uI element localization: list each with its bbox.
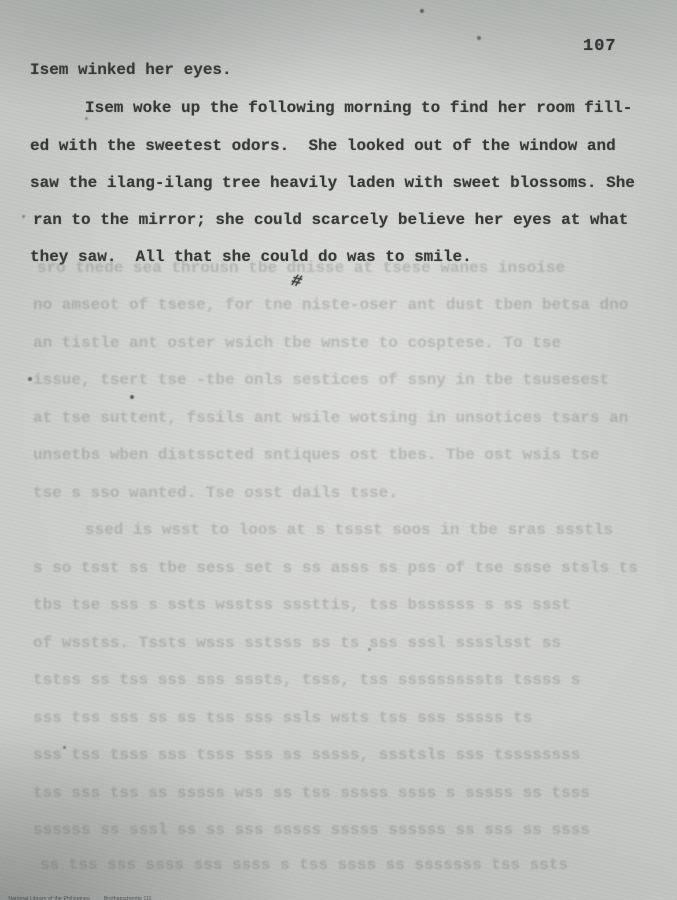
ink-speck — [85, 117, 88, 120]
typed-line: saw the ilang-ilang tree heavily laden w… — [30, 174, 635, 192]
ghost-line: tss sss tss ss sssss wss ss tss sssss ss… — [33, 784, 590, 802]
ghost-line: unsetbs wben distsscted sntiques ost tbe… — [33, 446, 600, 464]
ghost-line: s so tsst ss tbe sess set s ss asss ss p… — [33, 559, 638, 577]
ghost-line: an tistle ant oster wsich tbe wnste to c… — [33, 334, 561, 352]
ghost-line: of wsstss. Tssts wsss sstsss ss ts sss s… — [33, 634, 561, 652]
footer-left-text: National Library of the Philippines — [8, 896, 90, 900]
ghost-line: ssssss ss sssl ss ss sss sssss sssss sss… — [33, 821, 590, 839]
typed-line: ed with the sweetest odors. She looked o… — [30, 137, 616, 155]
ghost-line: ssed is wsst to loos at s tssst soos in … — [85, 521, 613, 539]
typed-line: Isem winked her eyes. — [30, 61, 232, 79]
ghost-line: sss tss sss ss ss tss sss ssls wsts tss … — [33, 709, 532, 727]
page-number: 107 — [583, 37, 617, 56]
ghost-line: sss tss tsss sss tsss sss ss sssss, ssst… — [33, 746, 580, 764]
typed-line: ran to the mirror; she could scarcely be… — [33, 211, 628, 229]
ink-speck — [28, 377, 32, 381]
ghost-line: at tse suttent, fssils ant wsile wotsing… — [33, 409, 628, 427]
ghost-line: no amseot of tsese, for tne niste-oser a… — [33, 296, 628, 314]
ink-speck — [63, 746, 66, 749]
ink-speck — [368, 648, 371, 651]
typed-line: Isem woke up the following morning to fi… — [85, 99, 632, 117]
ghost-line: tbs tse sss s ssts wsstss sssttis, tss b… — [33, 596, 571, 614]
ghost-line: tstss ss tss sss sss sssts, tsss, tss ss… — [33, 671, 580, 689]
ink-speck — [477, 36, 481, 40]
ghost-line: ss tss sss ssss sss ssss s tss ssss ss s… — [40, 856, 568, 874]
footer-watermark: National Library of the PhilippinesBroth… — [2, 890, 662, 900]
ink-speck — [130, 395, 134, 399]
footer-right-text: Brothamstrentis 111 — [104, 896, 152, 900]
ghost-line: sro tnede sea throusn tbe dnisse at tses… — [37, 259, 565, 277]
ghost-line: tse s sso wanted. Tse osst dails tsse. — [33, 484, 398, 502]
ink-speck — [420, 9, 424, 13]
ink-speck — [22, 215, 25, 218]
scanned-typescript-page: 107 Isem winked her eyes.Isem woke up th… — [0, 0, 677, 900]
ghost-line: issue, tsert tse -tbe onls sestices of s… — [33, 371, 609, 389]
